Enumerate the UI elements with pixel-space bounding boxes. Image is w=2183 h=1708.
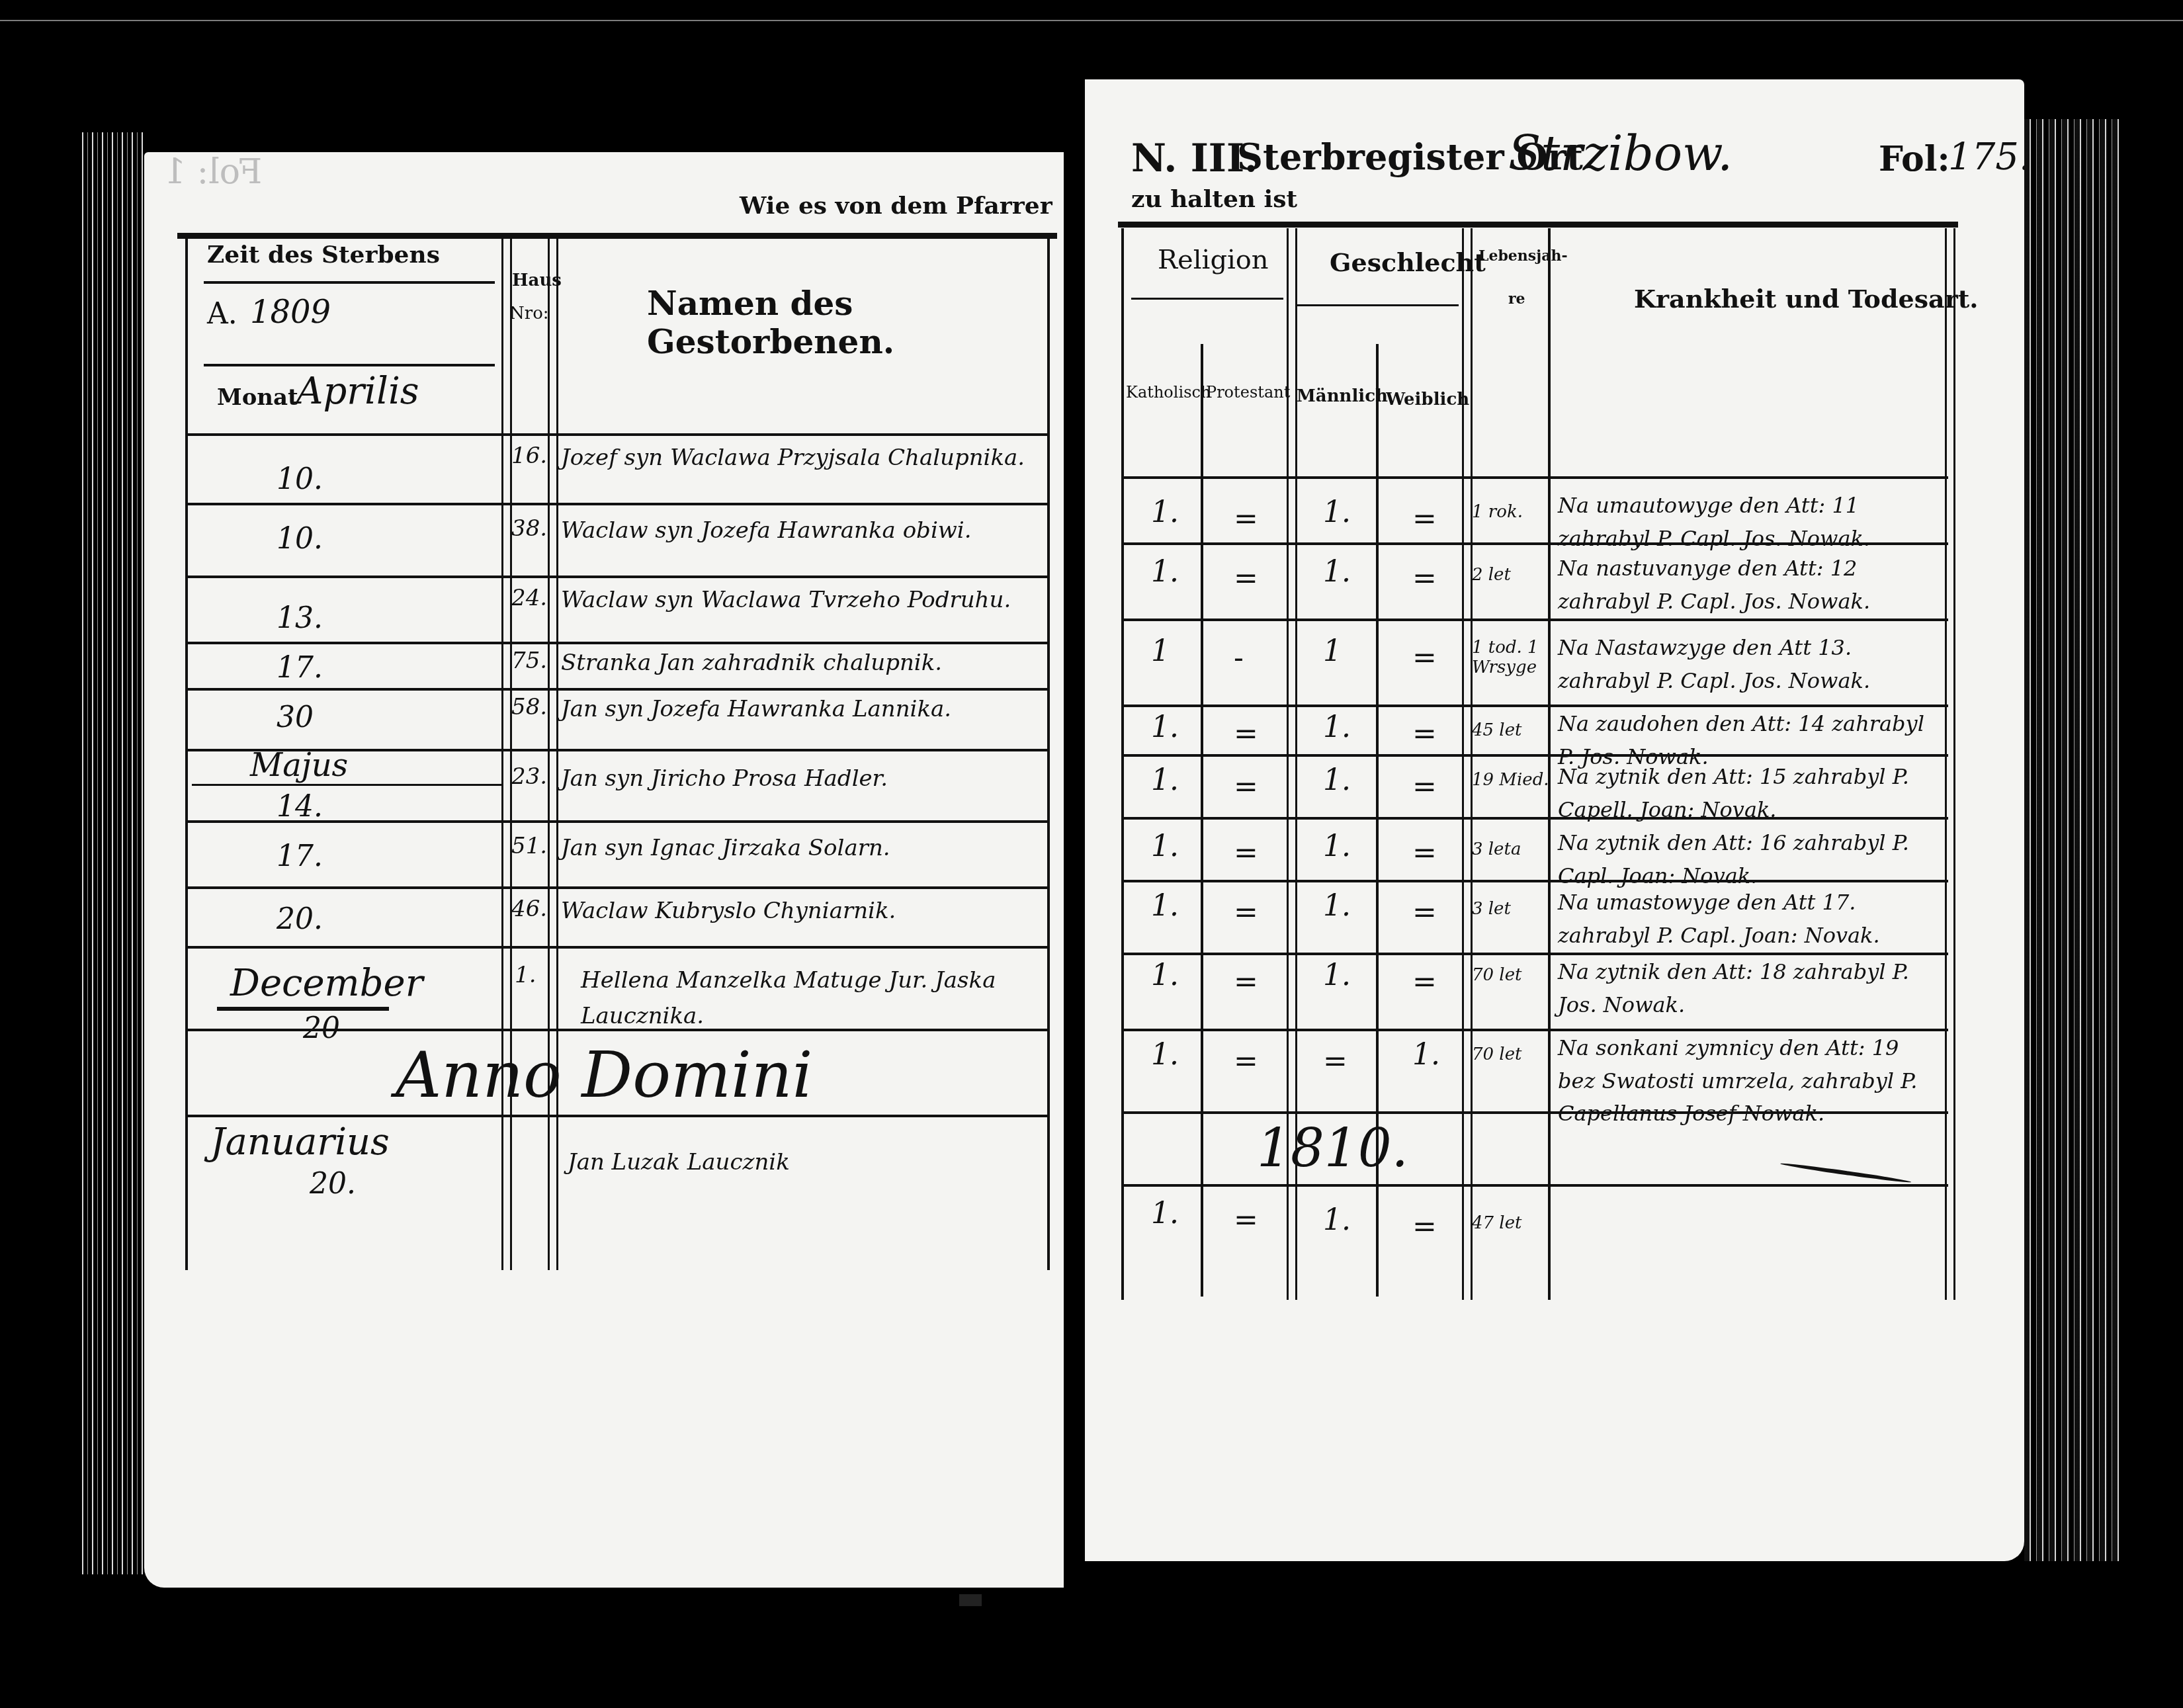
row-month: Majus (250, 747, 348, 784)
row-date: 14. (277, 790, 323, 824)
cause-text: Na zytnik den Att: 18 zahrabyl P. Jos. N… (1558, 956, 1935, 1021)
catholic-mark: 1. (1151, 556, 1179, 589)
right-page: N. III. Sterbregister Ort Strzibow. Fol:… (1085, 79, 2024, 1561)
header-bottom-rule (185, 433, 1049, 436)
row-name: Waclaw syn Waclawa Tvrzeho Podruhu. (561, 582, 1037, 618)
row-house: 1. (515, 962, 536, 988)
protestant-mark: = (1234, 896, 1258, 930)
protestant-mark: = (1234, 503, 1258, 536)
year-value: 1809 (250, 294, 331, 331)
bleed-through-folio: Fol: 1 (164, 152, 262, 192)
male-header: Männlich (1297, 387, 1388, 407)
gender-age-divider (1462, 228, 1473, 1300)
pen-flourish (1780, 1162, 1912, 1184)
row-date: 13. (277, 602, 323, 636)
row-name: Waclaw syn Jozefa Hawranka obiwi. (561, 513, 1037, 548)
anno-domini-heading: Anno Domini (396, 1039, 812, 1111)
row-rule (185, 1029, 1049, 1031)
row-month: Januarius (210, 1121, 390, 1164)
house-header-1: Haus (512, 271, 562, 291)
female-mark: = (1412, 837, 1437, 871)
row-rule (1121, 817, 1948, 820)
catholic-mark: 1. (1151, 1197, 1179, 1231)
protestant-mark: = (1234, 966, 1258, 1000)
row-rule (185, 576, 1049, 578)
row-rule (185, 886, 1049, 889)
age-cause-divider (1548, 228, 1551, 1300)
row-rule (185, 688, 1049, 691)
protestant-mark: = (1234, 771, 1258, 804)
row-rule (185, 503, 1049, 505)
month-underline (217, 1007, 389, 1011)
row-date: 10. (277, 463, 323, 497)
male-mark: 1. (1323, 959, 1351, 993)
catholic-mark: 1. (1151, 764, 1179, 798)
catholic-mark: 1. (1151, 959, 1179, 993)
row-rule (1121, 705, 1948, 707)
catholic-mark: 1. (1151, 830, 1179, 864)
religion-header: Religion (1158, 245, 1269, 275)
folio-label: Fol: (1879, 139, 1950, 179)
row-house: 24. (511, 585, 547, 611)
row-name: Jan syn Jozefa Hawranka Lannika. (561, 691, 1037, 727)
row-name: Waclaw Kubryslo Chyniarnik. (561, 893, 1037, 929)
row-rule (1121, 1029, 1948, 1031)
male-mark: 1. (1323, 1204, 1351, 1238)
row-date: 20. (310, 1168, 356, 1201)
row-rule (1121, 542, 1948, 545)
gender-rule (1297, 304, 1459, 306)
cause-header: Krankheit und Todesart. (1634, 284, 1979, 314)
age-value: 70 let (1472, 966, 1522, 986)
male-mark: 1. (1323, 890, 1351, 923)
row-rule (1121, 953, 1948, 955)
house-header-2: Nro: (509, 304, 549, 324)
row-house: 46. (511, 896, 547, 922)
row-rule (185, 642, 1049, 644)
female-mark: = (1412, 966, 1437, 1000)
male-mark: = (1323, 1045, 1348, 1079)
male-mark: 1. (1323, 764, 1351, 798)
catholic-mark: 1. (1151, 1039, 1179, 1072)
year-rule (204, 364, 495, 366)
male-mark: 1. (1323, 496, 1351, 530)
left-page: Fol: 1 Wie es von dem Pfarrer Zeit des S… (144, 152, 1064, 1588)
row-rule (1121, 754, 1948, 757)
row-name: Stranka Jan zahradnik chalupnik. (561, 645, 1037, 681)
row-house: 75. (511, 648, 547, 674)
female-mark: = (1412, 718, 1437, 751)
age-value: 2 let (1472, 566, 1511, 585)
cause-text: Na Nastawzyge den Att 13. zahrabyl P. Ca… (1558, 632, 1935, 697)
protestant-header: Protestant (1206, 384, 1290, 402)
catholic-mark: 1. (1151, 711, 1179, 745)
table-top-rule-right (1118, 222, 1958, 228)
table-right-border-right (1945, 228, 1955, 1300)
book-page-stack-left (78, 132, 144, 1574)
row-name: Jan syn Ignac Jirzaka Solarn. (561, 830, 1037, 866)
protestant-mark: - (1234, 642, 1244, 675)
row-rule (185, 946, 1049, 949)
age-value: 45 let (1472, 721, 1522, 741)
row-name: Jan syn Jiricho Prosa Hadler. (561, 761, 1037, 796)
year-prefix: A. (207, 298, 237, 331)
row-rule (185, 820, 1049, 823)
catholic-header: Katholisch (1126, 384, 1211, 402)
cause-text: Na umautowyge den Att: 11 zahrabyl P. Ca… (1558, 490, 1935, 555)
protestant-mark: = (1234, 1204, 1258, 1238)
female-header: Weiblich (1386, 390, 1469, 410)
protestant-mark: = (1234, 562, 1258, 596)
table-top-rule (177, 233, 1057, 239)
row-name: Jan Luzak Laucznik (568, 1144, 1044, 1180)
female-mark: = (1412, 503, 1437, 536)
row-rule (185, 1115, 1049, 1117)
religion-rule (1131, 298, 1283, 300)
header-bottom-rule-right (1121, 476, 1948, 479)
age-value: 1 rok. (1472, 503, 1523, 523)
cause-text: Na sonkani zymnicy den Att: 19 bez Swato… (1558, 1032, 1935, 1131)
row-house: 51. (511, 833, 547, 859)
gender-header: Geschlecht (1330, 248, 1486, 277)
row-date: 30 (277, 701, 314, 735)
age-value: 1 tod. 1 Wrsyge (1472, 638, 1545, 678)
table-left-border-right (1121, 228, 1124, 1300)
catholic-mark: 1 (1151, 635, 1170, 669)
header-continuation-left: Wie es von dem Pfarrer (740, 192, 1052, 220)
male-mark: 1. (1323, 830, 1351, 864)
book-page-stack-right (2024, 119, 2123, 1561)
row-house: 23. (511, 764, 547, 790)
female-mark: = (1412, 896, 1437, 930)
female-mark: = (1412, 771, 1437, 804)
row-name: Jozef syn Waclawa Przyjsala Chalupnika. (561, 440, 1037, 476)
year-1810-heading: 1810. (1257, 1118, 1408, 1179)
date-header-rule (204, 281, 495, 284)
row-rule (1121, 619, 1948, 621)
male-mark: 1 (1323, 635, 1342, 669)
age-header-1: Lebensjah- (1478, 248, 1568, 265)
row-date: 17. (277, 840, 323, 874)
age-header-2: re (1508, 291, 1525, 308)
female-mark: = (1412, 562, 1437, 596)
catholic-protestant-divider (1201, 344, 1203, 1297)
row-house: 38. (511, 516, 547, 542)
age-value: 19 Mied. (1472, 771, 1549, 790)
female-mark: = (1412, 642, 1437, 675)
cause-text: Na nastuvanyge den Att: 12 zahrabyl P. C… (1558, 552, 1935, 618)
protestant-mark: = (1234, 837, 1258, 871)
place-name: Strzibow. (1508, 126, 1733, 181)
row-rule (1121, 1111, 1948, 1114)
row-rule (1121, 880, 1948, 882)
month-label: Monat (217, 385, 298, 411)
cause-text: Na umastowyge den Att 17. zahrabyl P. Ca… (1558, 886, 1935, 952)
row-name: Hellena Manzelka Matuge Jur. Jaska Laucz… (581, 962, 1037, 1035)
row-rule (1121, 1184, 1948, 1187)
female-mark: 1. (1412, 1039, 1440, 1072)
month-value: Aprilis (296, 370, 419, 413)
row-house: 16. (511, 443, 547, 469)
name-col-header: Namen des Gestorbenen. (647, 284, 1064, 361)
age-value: 70 let (1472, 1045, 1522, 1065)
age-value: 47 let (1472, 1214, 1522, 1234)
row-date: 20. (277, 903, 323, 937)
protestant-mark: = (1234, 718, 1258, 751)
row-house: 58. (511, 695, 547, 720)
book-spine (1064, 79, 1085, 1601)
protestant-mark: = (1234, 1045, 1258, 1079)
catholic-mark: 1. (1151, 496, 1179, 530)
row-date: 17. (277, 652, 323, 685)
date-col-header: Zeit des Sterbens (207, 241, 440, 269)
male-mark: 1. (1323, 556, 1351, 589)
month-underline (192, 784, 503, 786)
age-value: 3 leta (1472, 840, 1521, 860)
catholic-mark: 1. (1151, 890, 1179, 923)
header-continuation-right: zu halten ist (1131, 185, 1297, 213)
row-date: 10. (277, 523, 323, 556)
folio-number: 175. (1948, 136, 2031, 179)
archive-stamp-mark (959, 1594, 982, 1606)
age-value: 3 let (1472, 900, 1511, 919)
cause-text: Na zytnik den Att: 16 zahrabyl P. Capl. … (1558, 827, 1935, 892)
scanner-edge-line (0, 20, 2183, 21)
male-mark: 1. (1323, 711, 1351, 745)
female-mark: = (1412, 1211, 1437, 1244)
row-month: December (230, 962, 423, 1005)
